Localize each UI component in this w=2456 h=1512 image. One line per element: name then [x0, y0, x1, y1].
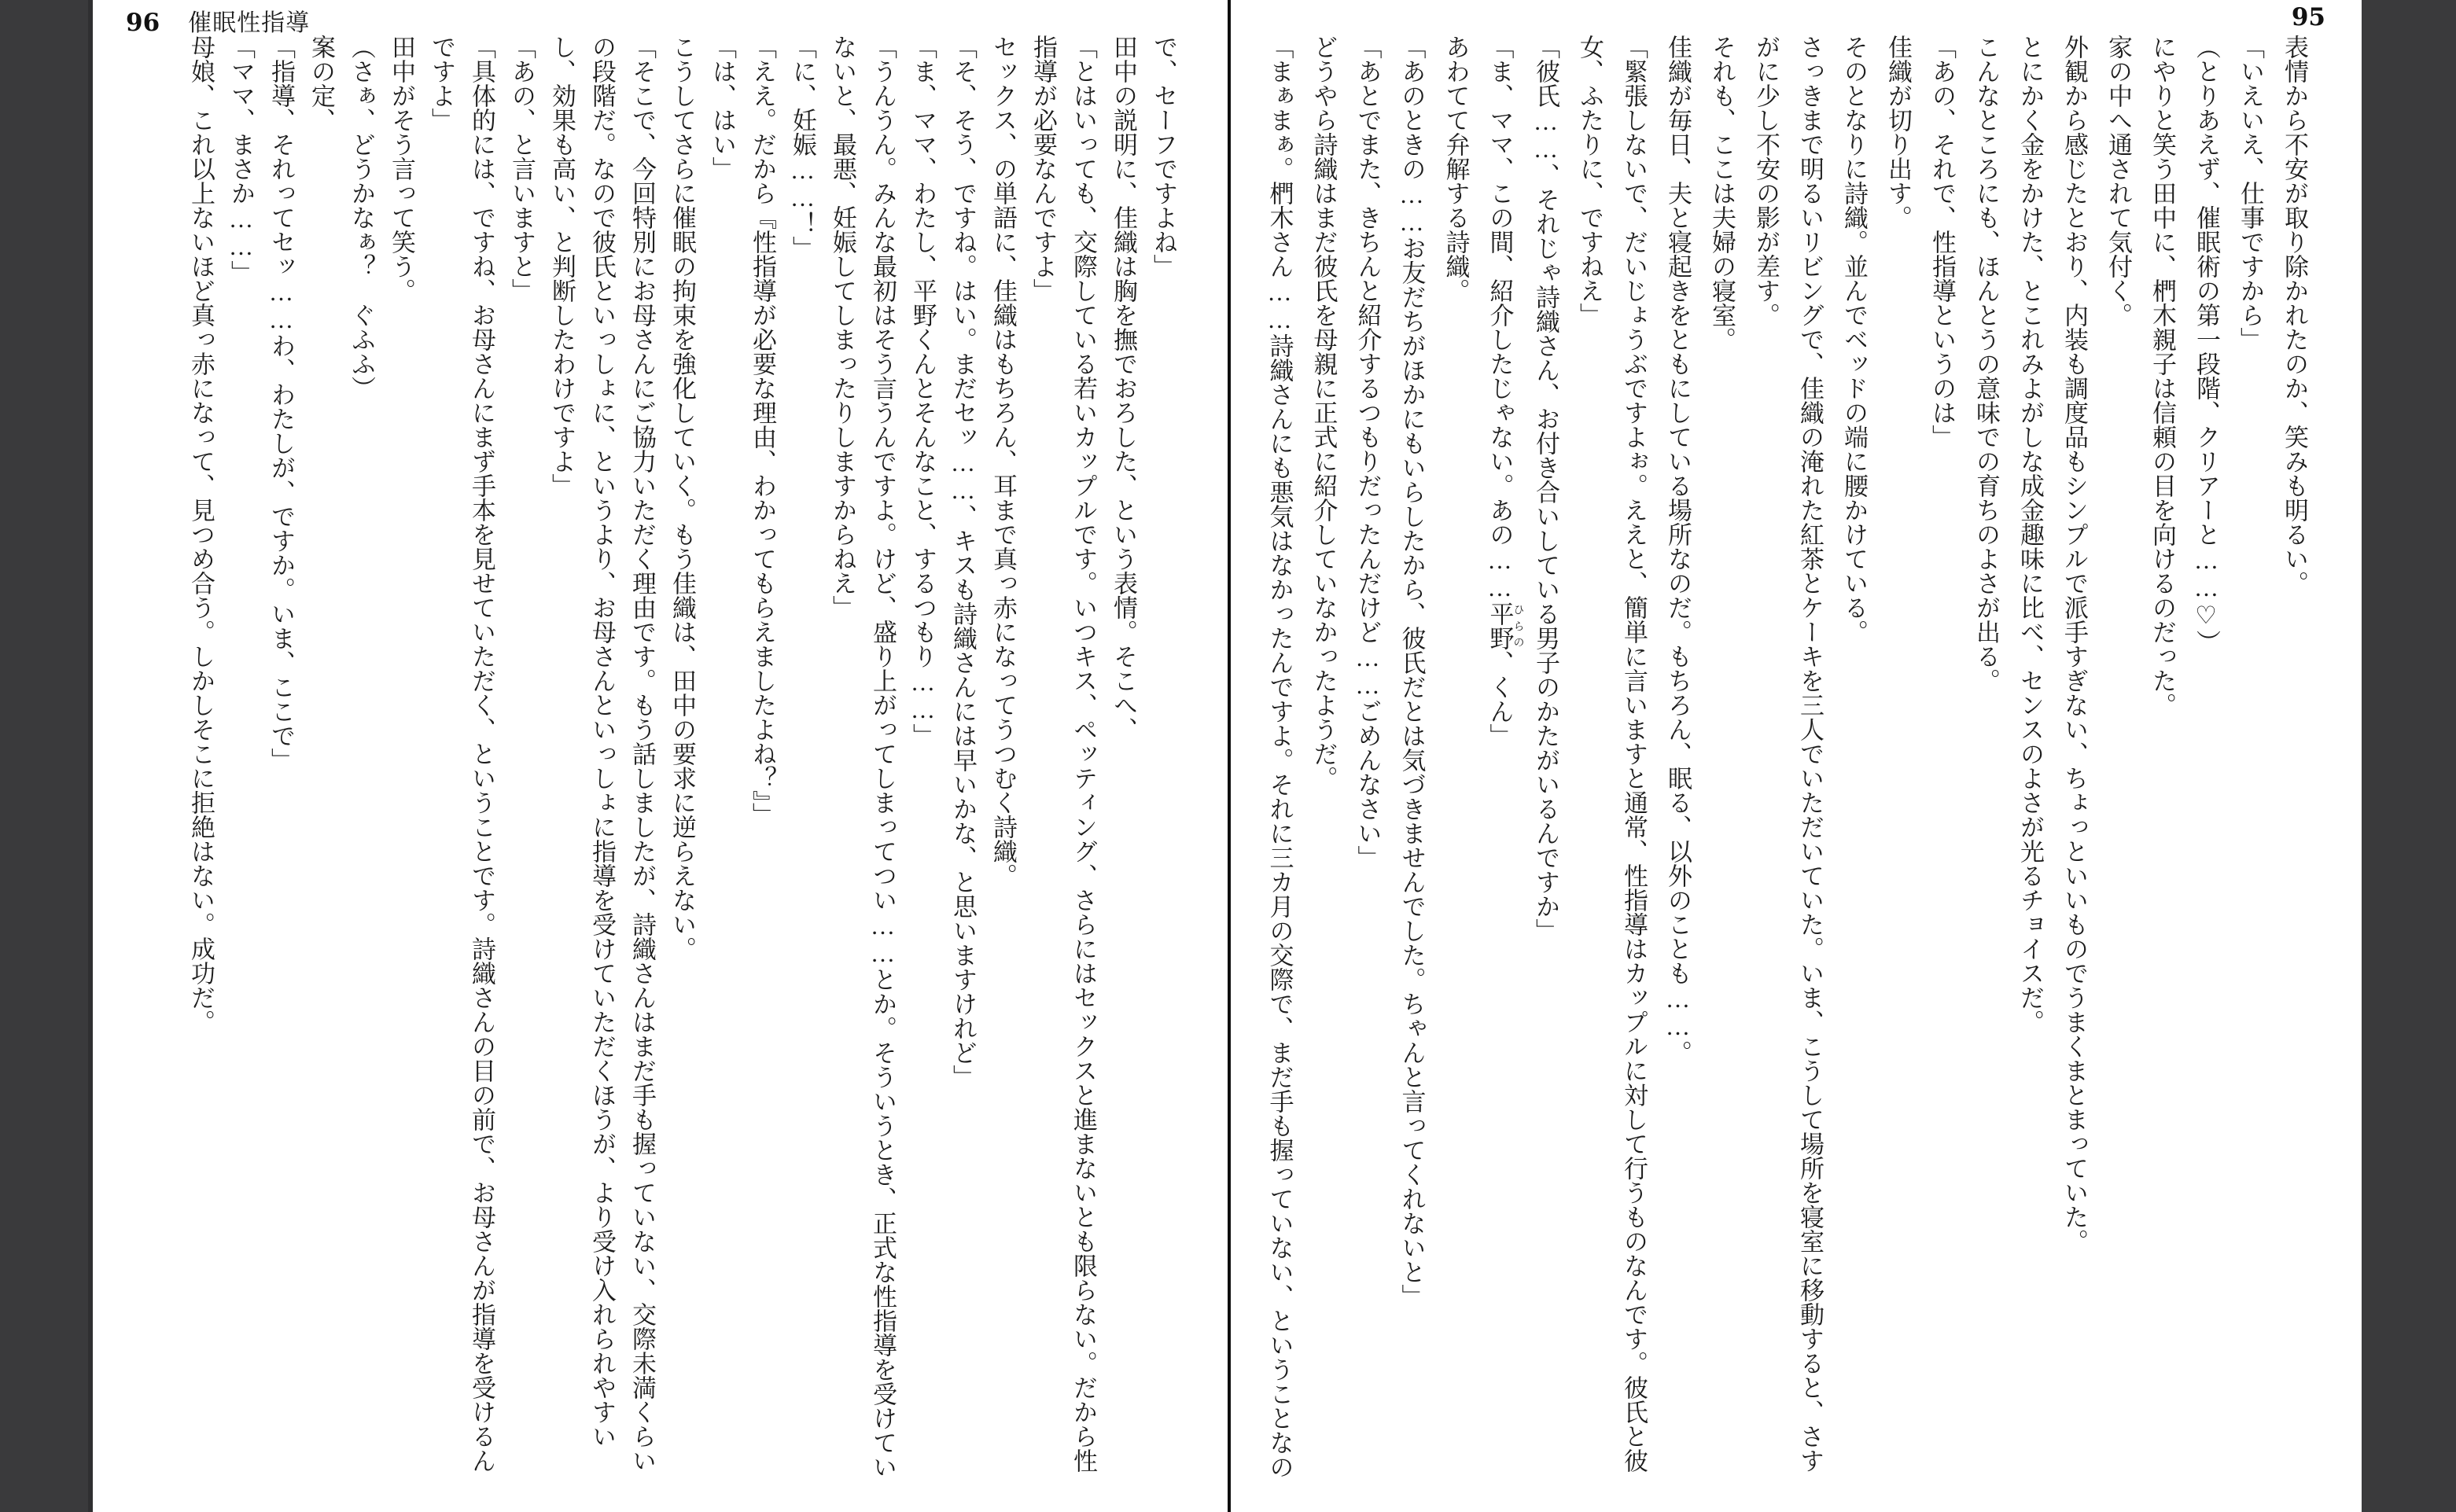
paragraph-line: 田中の説明に、佳織は胸を撫でおろした、という表情。そこへ、	[1103, 35, 1143, 1481]
paragraph-line: 「指導、それってセッ……わ、わたしが、ですか。いま、ここで」	[261, 35, 301, 1481]
paragraph-line: セックス、の単語に、佳織はもちろん、耳まで真っ赤になってうつむく詩織。	[983, 35, 1023, 1481]
paragraph-line: 「は、はい」	[702, 35, 742, 1481]
paragraph-line: 「ええ。だから『性指導が必要な理由、わかってもらえましたよね？』」	[742, 35, 782, 1481]
paragraph-line: あわてて弁解する詩織。	[1434, 35, 1478, 1481]
paragraph-line: それも、ここは夫婦の寝室。	[1699, 35, 1744, 1481]
book-reader-viewport: { "viewer": { "background_color": "#3a3a…	[0, 0, 2456, 1512]
paragraph-line: で、セーフですよね」	[1143, 35, 1184, 1481]
paragraph-line: 「あの、と言いますと」	[502, 35, 542, 1481]
paragraph-line: 「そこで、今回特別にお母さんにご協力いただく理由です。もう話しましたが、詩織さん…	[542, 35, 662, 1481]
paragraph-line: 家の中へ通されて気付く。	[2096, 35, 2140, 1481]
paragraph-line: 佳織が切り出す。	[1876, 35, 1920, 1481]
paragraph-line: 「ママ、まさか……」	[221, 35, 261, 1481]
paragraph-line: 「まぁまぁ。椚木さん……詩織さんにも悪気はなかったんですよ。それに三カ月の交際で…	[1257, 35, 1302, 1481]
paragraph-line: どうやら詩織はまだ彼氏を母親に正式に紹介していなかったようだ。	[1302, 35, 1346, 1481]
paragraph-line: 「いえいえ、仕事ですから」	[2228, 35, 2272, 1481]
paragraph-line: とにかく金をかけた、とこれみよがしな成金趣味に比べ、センスのよさが光るチョイスだ…	[2008, 35, 2052, 1481]
paragraph-line: （さぁ、どうかなぁ？ ぐふふ）	[341, 35, 381, 1481]
paragraph-line: こうしてさらに催眠の拘束を強化していく。もう佳織は、田中の要求に逆らえない。	[662, 35, 702, 1481]
paragraph-line: 「緊張しないで、だいじょうぶですよぉ。ええと、簡単に言いますと通常、性指導はカッ…	[1567, 35, 1655, 1481]
paragraph-line: さっきまで明るいリビングで、佳織の淹れた紅茶とケーキを三人でいただいていた。いま…	[1744, 35, 1832, 1481]
paragraph-line: 外観から感じたとおり、内装も調度品もシンプルで派手すぎない、ちょっといいものでう…	[2052, 35, 2096, 1481]
paragraph-line: 「そ、そう、ですね。はい。まだセッ……、キスも詩織さんには早いかな、と思いますけ…	[943, 35, 983, 1481]
paragraph-line: 「とはいっても、交際している若いカップルです。いつキス、ペッティング、さらにはセ…	[1023, 35, 1103, 1481]
page-96[interactable]: 96催眠性指導 で、セーフですよね」田中の説明に、佳織は胸を撫でおろした、という…	[93, 0, 1228, 1512]
paragraph-line: 佳織が毎日、夫と寝起きをともにしている場所なのだ。もちろん、眠る、以外のことも……	[1655, 35, 1699, 1481]
paragraph-line: 「あのときの……お友だちがほかにもいらしたから、彼氏だとは気づきませんでした。ち…	[1390, 35, 1434, 1481]
paragraph-line: 田中がそう言って笑う。	[381, 35, 422, 1481]
paragraph-line: 表情から不安が取り除かれたのか、笑みも明るい。	[2272, 35, 2316, 1481]
paragraph-line: 「ま、ママ、この間、紹介したじゃない。あの……平野ひらの、くん」	[1478, 35, 1524, 1481]
paragraph-line: そのとなりに詩織。並んでベッドの端に腰かけている。	[1832, 35, 1876, 1481]
running-title: 催眠性指導	[188, 10, 310, 36]
paragraph-line: 「彼氏……、それじゃ詩織さん、お付き合いしている男子のかたがいるんですか」	[1523, 35, 1567, 1481]
paragraph-line: こんなところにも、ほんとうの意味での育ちのよさが出る。	[1964, 35, 2008, 1481]
page-96-header: 96催眠性指導	[126, 3, 310, 38]
paragraph-line: 「ま、ママ、わたし、平野くんとそんなこと、するつもり……」	[903, 35, 943, 1481]
paragraph-line: 「に、妊娠……！」	[782, 35, 823, 1481]
page-95[interactable]: 95 表情から不安が取り除かれたのか、笑みも明るい。「いえいえ、仕事ですから」（…	[1231, 0, 2362, 1512]
viewer-right-margin	[2362, 0, 2456, 1512]
paragraph-line: 「あの、それで、性指導というのは」	[1920, 35, 1964, 1481]
paragraph-line: （とりあえず、催眠術の第一段階、クリアーと……♡）	[2184, 35, 2228, 1481]
paragraph-line: にやりと笑う田中に、椚木親子は信頼の目を向けるのだった。	[2140, 35, 2184, 1481]
viewer-left-margin	[0, 0, 93, 1512]
page-95-text: 表情から不安が取り除かれたのか、笑みも明るい。「いえいえ、仕事ですから」（とりあ…	[1257, 35, 2317, 1481]
paragraph-line: 案の定、	[301, 35, 341, 1481]
page-number-95: 95	[2292, 3, 2325, 31]
paragraph-line: 「あとでまた、きちんと紹介するつもりだったんだけど……ごめんなさい」	[1346, 35, 1390, 1481]
paragraph-line: 母娘、これ以上ないほど真っ赤になって、見つめ合う。しかしそこに拒絶はない。成功だ…	[181, 35, 221, 1481]
paragraph-line: 「具体的には、ですね、お母さんにまず手本を見せていただく、ということです。詩織さ…	[422, 35, 502, 1481]
page-number-96: 96	[126, 9, 160, 37]
page-96-text: で、セーフですよね」田中の説明に、佳織は胸を撫でおろした、という表情。そこへ、「…	[181, 35, 1184, 1481]
paragraph-line: 「うんうん。みんな最初はそう言うんですよ。けど、盛り上がってしまってつい……とか…	[823, 35, 903, 1481]
